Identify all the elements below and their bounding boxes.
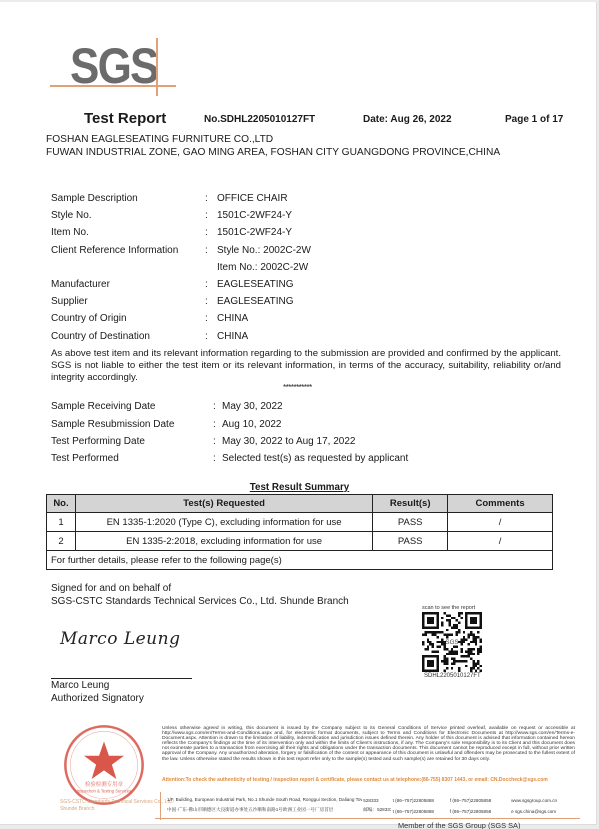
qr-report-id: SDHL2205010127FT — [424, 673, 481, 679]
col-no: No. — [47, 495, 76, 513]
signature-line — [51, 678, 192, 679]
info-colon: : — [213, 453, 216, 464]
info-colon: : — [205, 210, 208, 221]
info-value: Aug 10, 2022 — [222, 419, 282, 430]
info-row: Sample Description:OFFICE CHAIR — [51, 193, 551, 207]
telephone-cn: t (86–757)22805888 — [393, 809, 449, 814]
terms-fine-print: Unless otherwise agreed in writing, this… — [162, 726, 575, 762]
applicant-disclaimer: As above test item and its relevant info… — [51, 348, 561, 384]
row-no: 1 — [47, 513, 76, 532]
sgs-logo: SGS — [48, 38, 178, 98]
info-value: 1501C-2WF24-Y — [217, 210, 292, 221]
info-row: Client Reference Information:Style No.: … — [51, 245, 551, 259]
info-row: Sample Resubmission Date:Aug 10, 2022 — [51, 419, 551, 433]
info-label: Test Performed — [51, 453, 119, 464]
info-colon: : — [205, 331, 208, 342]
report-title: Test Report — [84, 110, 166, 127]
info-colon: : — [205, 193, 208, 204]
report-page: SGS Test Report No.SDHL2205010127FT Date… — [0, 2, 597, 825]
info-row: Sample Receiving Date:May 30, 2022 — [51, 401, 551, 415]
info-label: Country of Destination — [51, 331, 150, 342]
address-en: 1/F, Building, European Industrial Park,… — [167, 797, 362, 802]
signed-for-text: Signed for and on behalf of — [51, 583, 349, 596]
page-indicator: Page 1 of 17 — [505, 114, 563, 125]
qr-caption: scan to see the report — [422, 605, 475, 611]
footer-horizontal-line — [155, 818, 580, 819]
col-results: Result(s) — [373, 495, 448, 513]
qr-code-icon[interactable]: SGS — [422, 612, 482, 672]
info-colon: : — [213, 419, 216, 430]
svg-text:SGS: SGS — [445, 639, 458, 646]
svg-text:Inspection & Testing Services: Inspection & Testing Services — [77, 789, 132, 794]
info-value: CHINA — [217, 331, 248, 342]
report-date: Date: Aug 26, 2022 — [363, 114, 452, 125]
handwritten-signature: Marco Leung — [60, 629, 180, 649]
info-colon: : — [213, 436, 216, 447]
results-header-row: No. Test(s) Requested Result(s) Comments — [47, 495, 553, 513]
separator: *********** — [283, 383, 312, 392]
info-row: Country of Origin:CHINA — [51, 313, 551, 327]
info-row: Test Performing Date:May 30, 2022 to Aug… — [51, 436, 551, 450]
authenticity-notice: Attention:To check the authenticity of t… — [162, 778, 572, 784]
signer-name: Marco Leung — [51, 680, 144, 693]
info-value: EAGLESEATING — [217, 279, 294, 290]
info-row: Country of Destination:CHINA — [51, 331, 551, 345]
info-label: Style No. — [51, 210, 92, 221]
seal-company-line1: SGS-CSTC Standards Technical Services Co… — [60, 799, 173, 806]
info-value: Selected test(s) as requested by applica… — [222, 453, 408, 464]
row-result: PASS — [373, 532, 448, 551]
postcode-en: 528333 — [363, 798, 391, 803]
info-label: Country of Origin — [51, 313, 127, 324]
row-test: EN 1335-2:2018, excluding information fo… — [75, 532, 372, 551]
col-comments: Comments — [448, 495, 553, 513]
fax-cn: f (86–757)22805858 — [450, 809, 510, 814]
info-value: May 30, 2022 to Aug 17, 2022 — [222, 436, 355, 447]
info-label: Item No. — [51, 227, 89, 238]
info-label: Manufacturer — [51, 279, 110, 290]
table-row: 1 EN 1335-1:2020 (Type C), excluding inf… — [47, 513, 553, 532]
row-test: EN 1335-1:2020 (Type C), excluding infor… — [75, 513, 372, 532]
info-row: Style No.:1501C-2WF24-Y — [51, 210, 551, 224]
info-row: Item No.: 2002C-2W — [51, 262, 551, 276]
client-block: FOSHAN EAGLESEATING FURNITURE CO.,LTD FU… — [46, 133, 500, 159]
info-label: Sample Resubmission Date — [51, 419, 174, 430]
info-colon: : — [205, 296, 208, 307]
info-value: CHINA — [217, 313, 248, 324]
info-colon: : — [205, 313, 208, 324]
info-row: Item No.:1501C-2WF24-Y — [51, 227, 551, 241]
info-colon: : — [205, 279, 208, 290]
seal-company-line2: Shunde Branch — [60, 806, 173, 813]
website-link[interactable]: www.sgsgroup.com.cn — [511, 798, 557, 803]
official-seal-icon: 检验检测专用章 Inspection & Testing Services — [62, 723, 146, 807]
info-label: Test Performing Date — [51, 436, 145, 447]
info-row: Supplier:EAGLESEATING — [51, 296, 551, 310]
logo-vertical-line — [156, 38, 158, 96]
info-value: Style No.: 2002C-2W — [217, 245, 311, 256]
table-row: 2 EN 1335-2:2018, excluding information … — [47, 532, 553, 551]
table-note: For further details, please refer to the… — [47, 551, 553, 570]
email-link[interactable]: e sgs.china@sgs.com — [511, 809, 556, 814]
results-table: No. Test(s) Requested Result(s) Comments… — [46, 494, 553, 570]
row-result: PASS — [373, 513, 448, 532]
info-row: Test Performed:Selected test(s) as reque… — [51, 453, 551, 467]
telephone: t (86–757)22805888 — [393, 798, 449, 803]
signer-block: Marco Leung Authorized Signatory — [51, 680, 144, 705]
table-note-row: For further details, please refer to the… — [47, 551, 553, 570]
client-name: FOSHAN EAGLESEATING FURNITURE CO.,LTD — [46, 133, 500, 146]
signed-for-block: Signed for and on behalf of SGS-CSTC Sta… — [51, 583, 349, 608]
seal-company: SGS-CSTC Standards Technical Services Co… — [60, 799, 173, 813]
col-tests: Test(s) Requested — [75, 495, 372, 513]
row-comment: / — [448, 513, 553, 532]
info-row: Manufacturer:EAGLESEATING — [51, 279, 551, 293]
info-colon: : — [205, 245, 208, 256]
svg-text:检验检测专用章: 检验检测专用章 — [85, 780, 124, 788]
signing-company: SGS-CSTC Standards Technical Services Co… — [51, 596, 349, 609]
address-cn: 中国·广东·佛山市顺德区大良街道办事处五沙顺和南路1号欧洲工业园一号厂房首层 — [167, 807, 362, 813]
info-value: 1501C-2WF24-Y — [217, 227, 292, 238]
info-label: Client Reference Information — [51, 245, 178, 256]
info-value: EAGLESEATING — [217, 296, 294, 307]
address-line-cn: 中国·广东·佛山市顺德区大良街道办事处五沙顺和南路1号欧洲工业园一号厂房首层 邮… — [167, 807, 556, 814]
info-label: Sample Receiving Date — [51, 401, 156, 412]
fax: f (86–757)22805858 — [450, 798, 510, 803]
row-comment: / — [448, 532, 553, 551]
report-number: No.SDHL2205010127FT — [204, 114, 315, 125]
signer-role: Authorized Signatory — [51, 693, 144, 706]
footer-vertical-line — [160, 792, 161, 820]
sgs-group-membership: Member of the SGS Group (SGS SA) — [398, 821, 520, 829]
info-value: May 30, 2022 — [222, 401, 283, 412]
address-line-en: 1/F, Building, European Industrial Park,… — [167, 797, 557, 803]
info-label: Supplier — [51, 296, 88, 307]
info-label: Sample Description — [51, 193, 138, 204]
postcode-cn: 邮编：528333 — [363, 807, 391, 813]
row-no: 2 — [47, 532, 76, 551]
info-value: OFFICE CHAIR — [217, 193, 288, 204]
summary-title: Test Result Summary — [0, 482, 599, 493]
info-value: Item No.: 2002C-2W — [217, 262, 308, 273]
client-address: FUWAN INDUSTRIAL ZONE, GAO MING AREA, FO… — [46, 146, 500, 159]
info-colon: : — [205, 227, 208, 238]
info-colon: : — [213, 401, 216, 412]
